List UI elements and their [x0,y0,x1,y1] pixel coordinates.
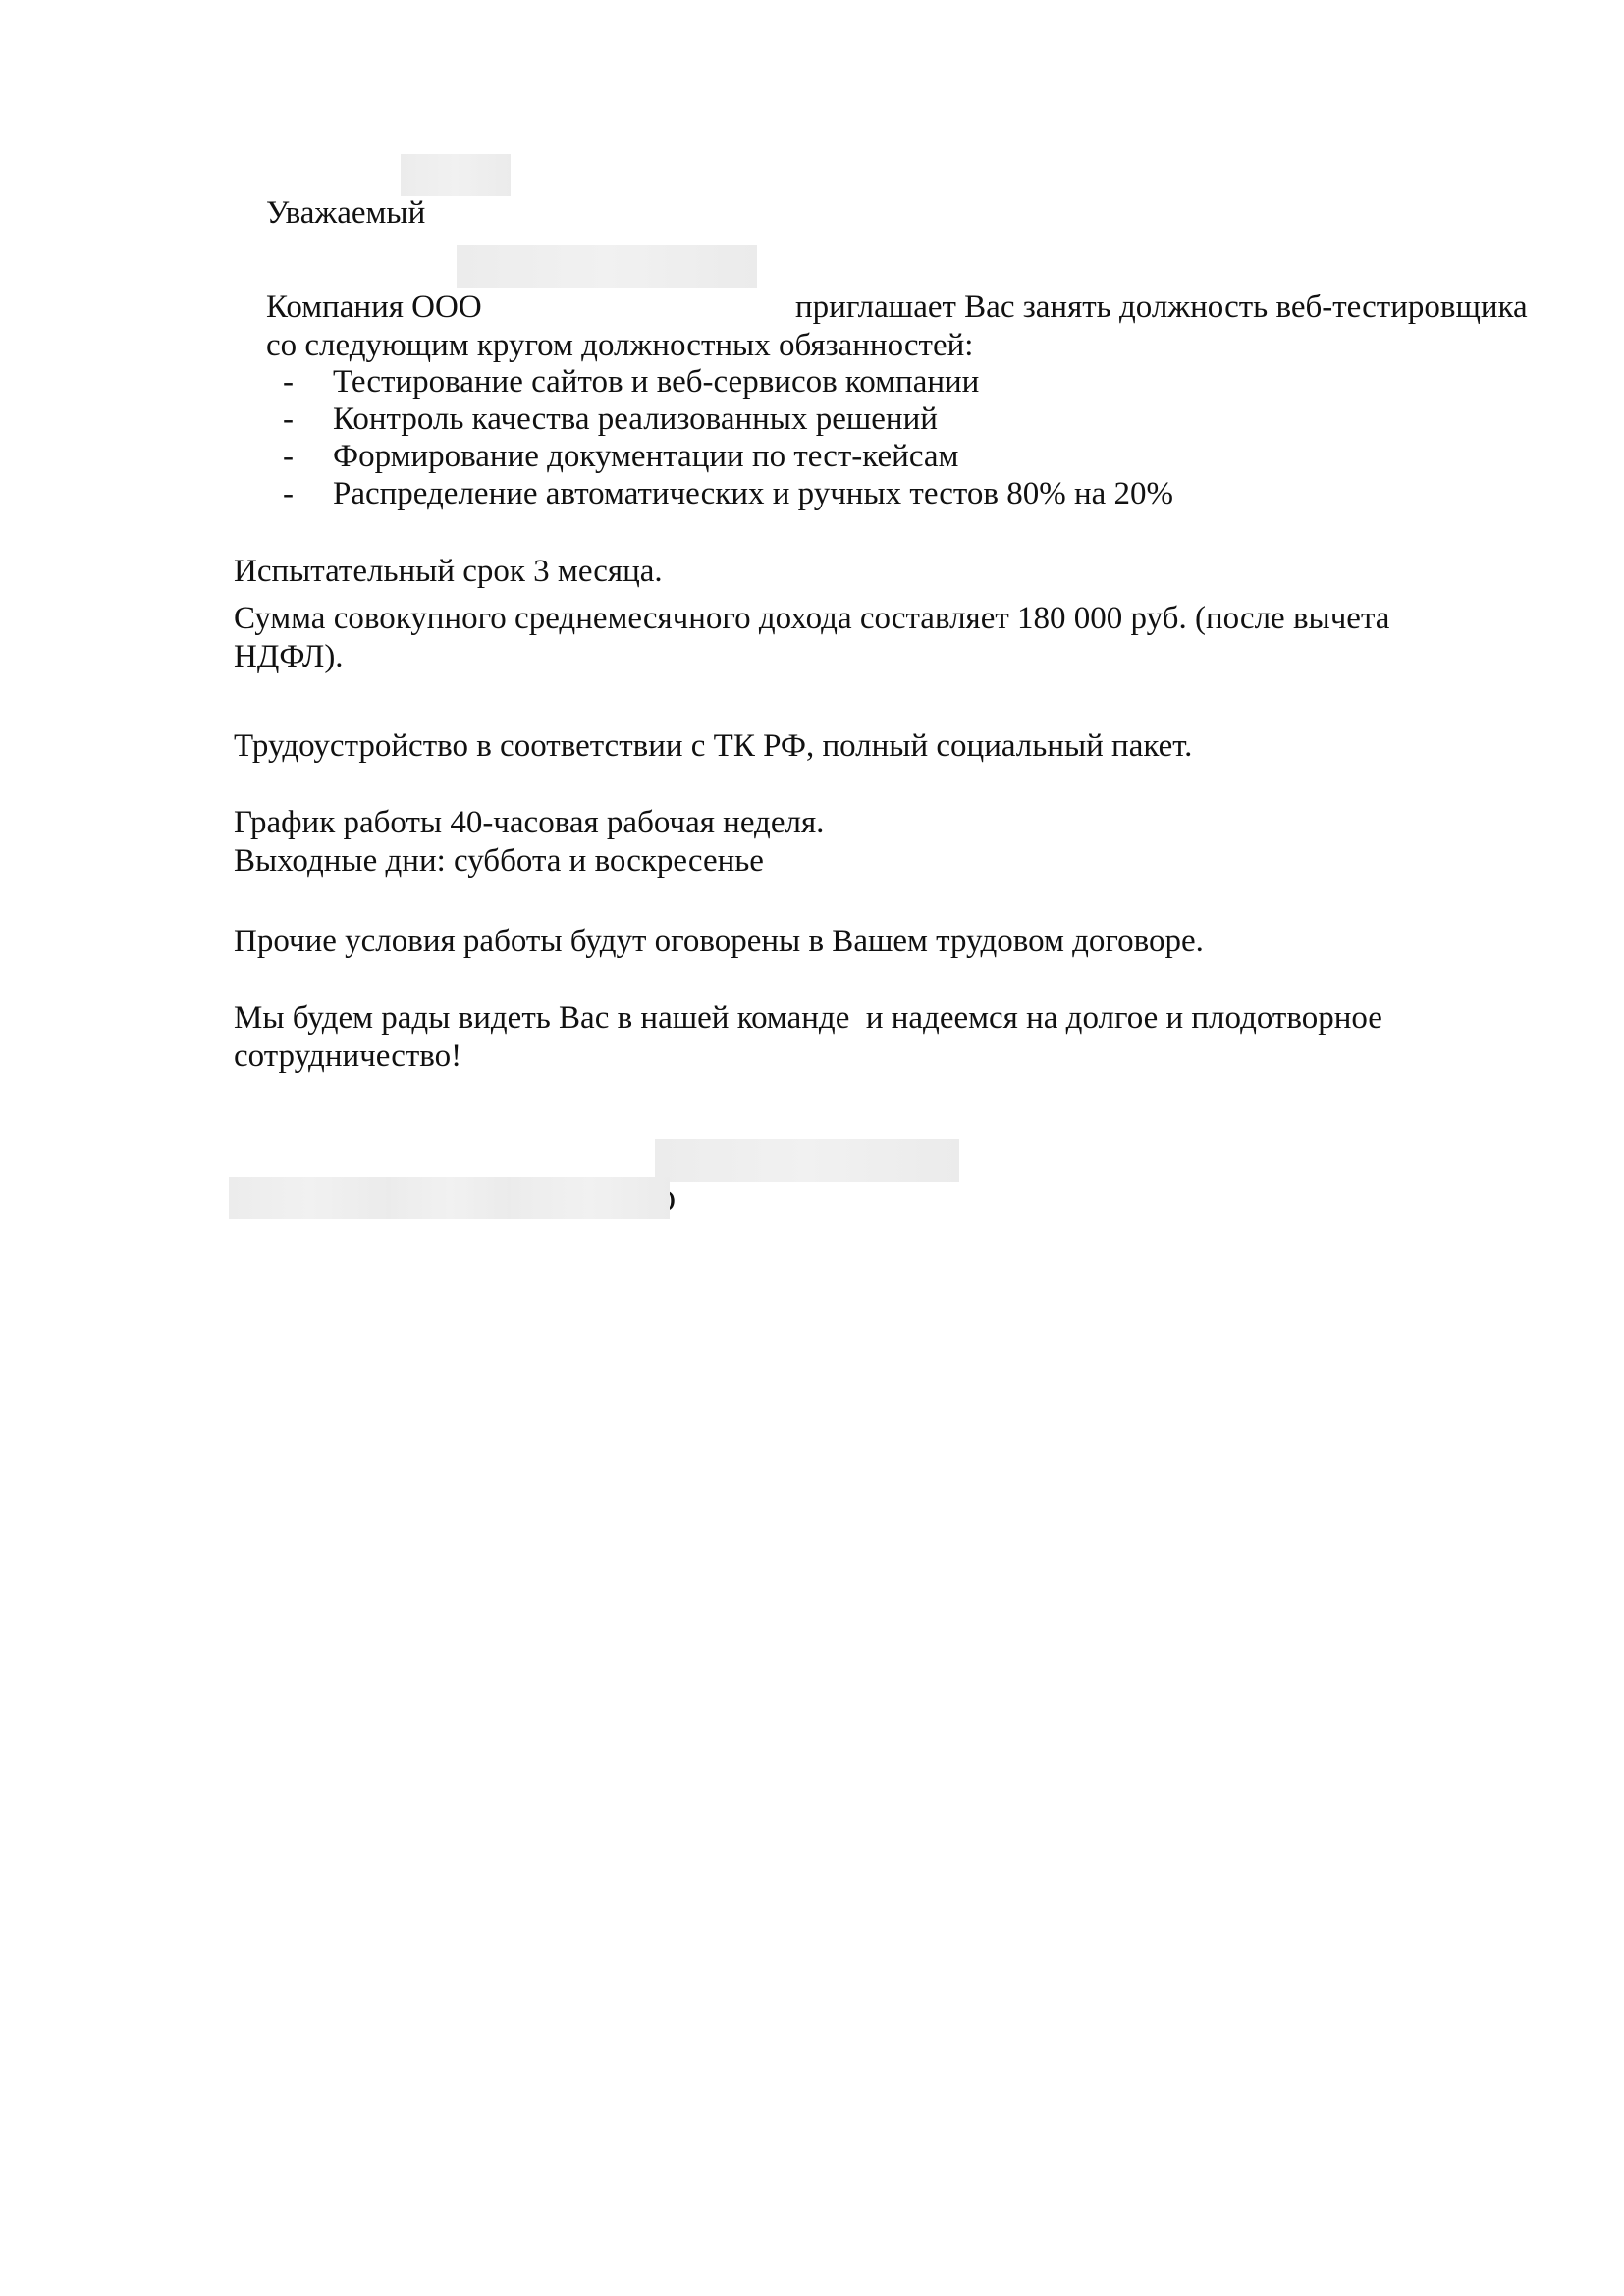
probation-line: Испытательный срок 3 месяца. [234,553,663,590]
redacted-signer-surname [229,1177,391,1219]
salary-line-1: Сумма совокупного среднемесячного дохода… [234,600,1389,637]
redacted-signer-company [655,1139,959,1182]
days-off-line: Выходные дни: суббота и воскресенье [234,842,764,880]
intro-line-2-text: со следующим кругом должностных обязанно… [266,328,973,363]
list-marker: - [283,438,294,475]
redacted-company-name [457,245,757,288]
list-marker: - [283,363,294,400]
other-terms-line: Прочие условия работы будут оговорены в … [234,923,1204,960]
list-item-text: Контроль качества реализованных решений [333,400,938,438]
redacted-signer-name [391,1177,511,1219]
list-item-text: Распределение автоматических и ручных те… [333,475,1173,512]
redacted-recipient-name [401,154,511,196]
closing-line-2: сотрудничество! [234,1038,461,1075]
closing-line-1: Мы будем рады видеть Вас в нашей команде… [234,999,1382,1037]
greeting-text: Уважаемый [266,195,425,231]
letter-page: Уважаемый Компания ООО приглашает Вас за… [0,0,1624,2296]
employment-line: Трудоустройство в соответствии с ТК РФ, … [234,727,1192,765]
redacted-signer-patronymic [511,1177,670,1219]
schedule-line: График работы 40-часовая рабочая неделя. [234,804,824,841]
salary-line-2: НДФЛ). [234,638,344,675]
list-item-text: Формирование документации по тест-кейсам [333,438,958,475]
list-marker: - [283,475,294,512]
list-item-text: Тестирование сайтов и веб-сервисов компа… [333,363,979,400]
list-marker: - [283,400,294,438]
